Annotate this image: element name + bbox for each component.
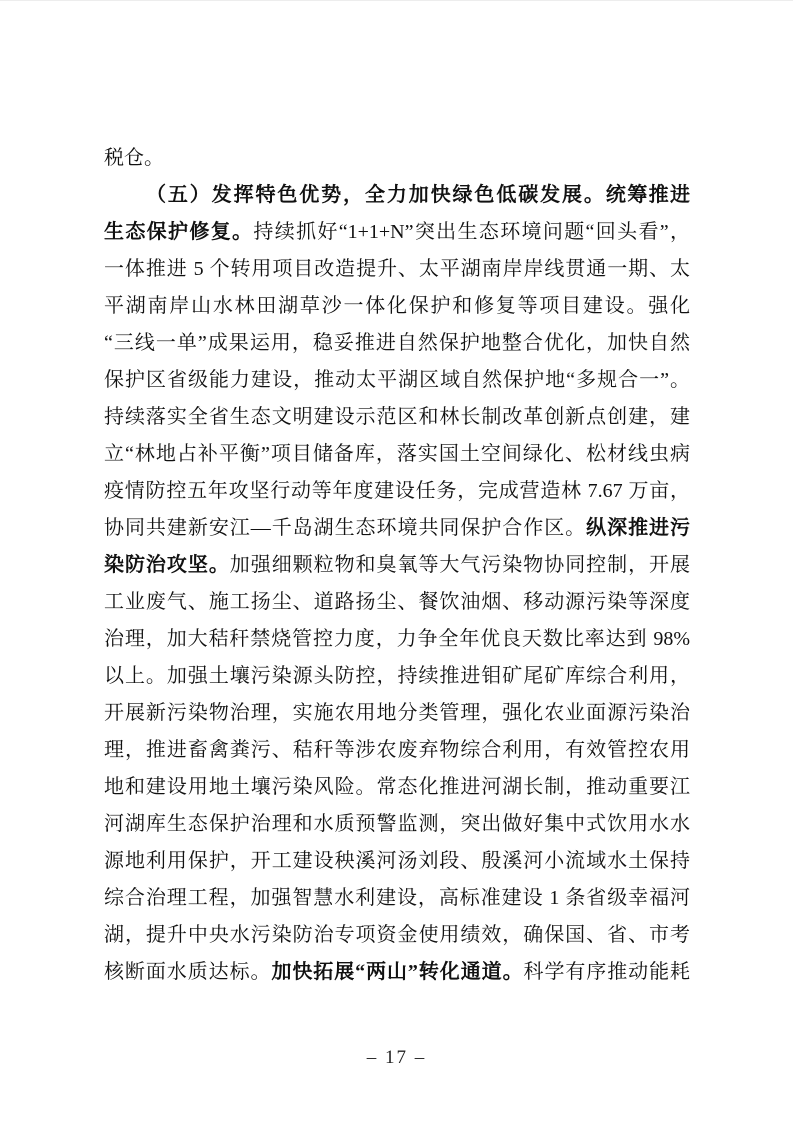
text-line: 一体推进 5 个转用项目改造提升、太平湖南岸岸线贯通一期、太 — [104, 251, 690, 288]
text-segment: 以上。加强土壤污染源头防控，持续推进钼矿尾矿库综合利用， — [104, 665, 690, 687]
text-segment: 立“林地占补平衡”项目储备库，落实国土空间绿化、松材线虫病 — [104, 443, 690, 465]
text-segment: 湖，提升中央水污染防治专项资金使用绩效，确保国、省、市考 — [104, 924, 690, 946]
text-line: 源地利用保护，开工建设秧溪河汤刘段、殷溪河小流域水土保持 — [104, 843, 690, 880]
text-line: 疫情防控五年攻坚行动等年度建设任务，完成营造林 7.67 万亩， — [104, 473, 690, 510]
text-line: 地和建设用地土壤污染风险。常态化推进河湖长制，推动重要江 — [104, 769, 690, 806]
text-line: 工业废气、施工扬尘、道路扬尘、餐饮油烟、移动源污染等深度 — [104, 584, 690, 621]
text-segment: 综合治理工程，加强智慧水利建设，高标准建设 1 条省级幸福河 — [104, 887, 690, 909]
text-segment: 科学有序推动能耗 — [524, 961, 691, 983]
text-segment: 地和建设用地土壤污染风险。常态化推进河湖长制，推动重要江 — [104, 776, 690, 798]
text-segment: 源地利用保护，开工建设秧溪河汤刘段、殷溪河小流域水土保持 — [104, 850, 690, 872]
text-line: 税仓。 — [104, 140, 690, 177]
text-line: “三线一单”成果运用，稳妥推进自然保护地整合优化，加快自然 — [104, 325, 690, 362]
text-segment: 持续落实全省生态文明建设示范区和林长制改革创新点创建，建 — [104, 406, 690, 428]
text-segment: 治理，加大秸秆禁烧管控力度，力争全年优良天数比率达到 98% — [104, 628, 690, 650]
text-segment: 平湖南岸山水林田湖草沙一体化保护和修复等项目建设。强化 — [104, 295, 690, 317]
text-segment: 加快拓展“两山”转化通道。 — [271, 961, 523, 983]
text-segment: 核断面水质达标。 — [104, 961, 271, 983]
text-segment: 河湖库生态保护治理和水质预警监测，突出做好集中式饮用水水 — [104, 813, 690, 835]
text-line: 河湖库生态保护治理和水质预警监测，突出做好集中式饮用水水 — [104, 806, 690, 843]
text-segment: 统筹推进 — [606, 184, 690, 206]
text-line: 染防治攻坚。加强细颗粒物和臭氧等大气污染物协同控制，开展 — [104, 547, 690, 584]
text-segment: “三线一单”成果运用，稳妥推进自然保护地整合优化，加快自然 — [104, 332, 690, 354]
text-line: 综合治理工程，加强智慧水利建设，高标准建设 1 条省级幸福河 — [104, 880, 690, 917]
text-segment: 开展新污染物治理，实施农用地分类管理，强化农业面源污染治 — [104, 702, 690, 724]
text-segment: （五）发挥特色优势，全力加快绿色低碳发展。 — [146, 184, 606, 206]
text-line: 湖，提升中央水污染防治专项资金使用绩效，确保国、省、市考 — [104, 917, 690, 954]
text-line: 持续落实全省生态文明建设示范区和林长制改革创新点创建，建 — [104, 399, 690, 436]
text-segment: 工业废气、施工扬尘、道路扬尘、餐饮油烟、移动源污染等深度 — [104, 591, 690, 613]
text-segment: 一体推进 5 个转用项目改造提升、太平湖南岸岸线贯通一期、太 — [104, 258, 690, 280]
text-segment: 持续抓好“1+1+N”突出生态环境问题“回头看”， — [253, 221, 690, 243]
text-line: 平湖南岸山水林田湖草沙一体化保护和修复等项目建设。强化 — [104, 288, 690, 325]
text-segment: 染防治攻坚。 — [104, 554, 230, 576]
text-line: 保护区省级能力建设，推动太平湖区域自然保护地“多规合一”。 — [104, 362, 690, 399]
text-line: 立“林地占补平衡”项目储备库，落实国土空间绿化、松材线虫病 — [104, 436, 690, 473]
text-line: 核断面水质达标。加快拓展“两山”转化通道。科学有序推动能耗 — [104, 954, 690, 991]
text-line: （五）发挥特色优势，全力加快绿色低碳发展。统筹推进 — [104, 177, 690, 214]
text-line: 协同共建新安江—千岛湖生态环境共同保护合作区。纵深推进污 — [104, 510, 690, 547]
text-segment: 理，推进畜禽粪污、秸秆等涉农废弃物综合利用，有效管控农用 — [104, 739, 690, 761]
text-segment: 税仓。 — [104, 147, 164, 169]
text-line: 治理，加大秸秆禁烧管控力度，力争全年优良天数比率达到 98% — [104, 621, 690, 658]
text-segment: 生态保护修复。 — [104, 221, 253, 243]
text-segment: 保护区省级能力建设，推动太平湖区域自然保护地“多规合一”。 — [104, 369, 690, 391]
text-line: 开展新污染物治理，实施农用地分类管理，强化农业面源污染治 — [104, 695, 690, 732]
text-line: 生态保护修复。持续抓好“1+1+N”突出生态环境问题“回头看”， — [104, 214, 690, 251]
text-block: 税仓。（五）发挥特色优势，全力加快绿色低碳发展。统筹推进生态保护修复。持续抓好“… — [104, 140, 690, 991]
text-line: 理，推进畜禽粪污、秸秆等涉农废弃物综合利用，有效管控农用 — [104, 732, 690, 769]
document-page: 税仓。（五）发挥特色优势，全力加快绿色低碳发展。统筹推进生态保护修复。持续抓好“… — [0, 0, 793, 1122]
page-number: – 17 – — [0, 1047, 793, 1069]
text-segment: 加强细颗粒物和臭氧等大气污染物协同控制，开展 — [230, 554, 690, 576]
text-segment: 纵深推进污 — [586, 517, 690, 539]
text-segment: 疫情防控五年攻坚行动等年度建设任务，完成营造林 7.67 万亩， — [104, 480, 690, 502]
text-line: 以上。加强土壤污染源头防控，持续推进钼矿尾矿库综合利用， — [104, 658, 690, 695]
text-segment: 协同共建新安江—千岛湖生态环境共同保护合作区。 — [104, 517, 586, 539]
